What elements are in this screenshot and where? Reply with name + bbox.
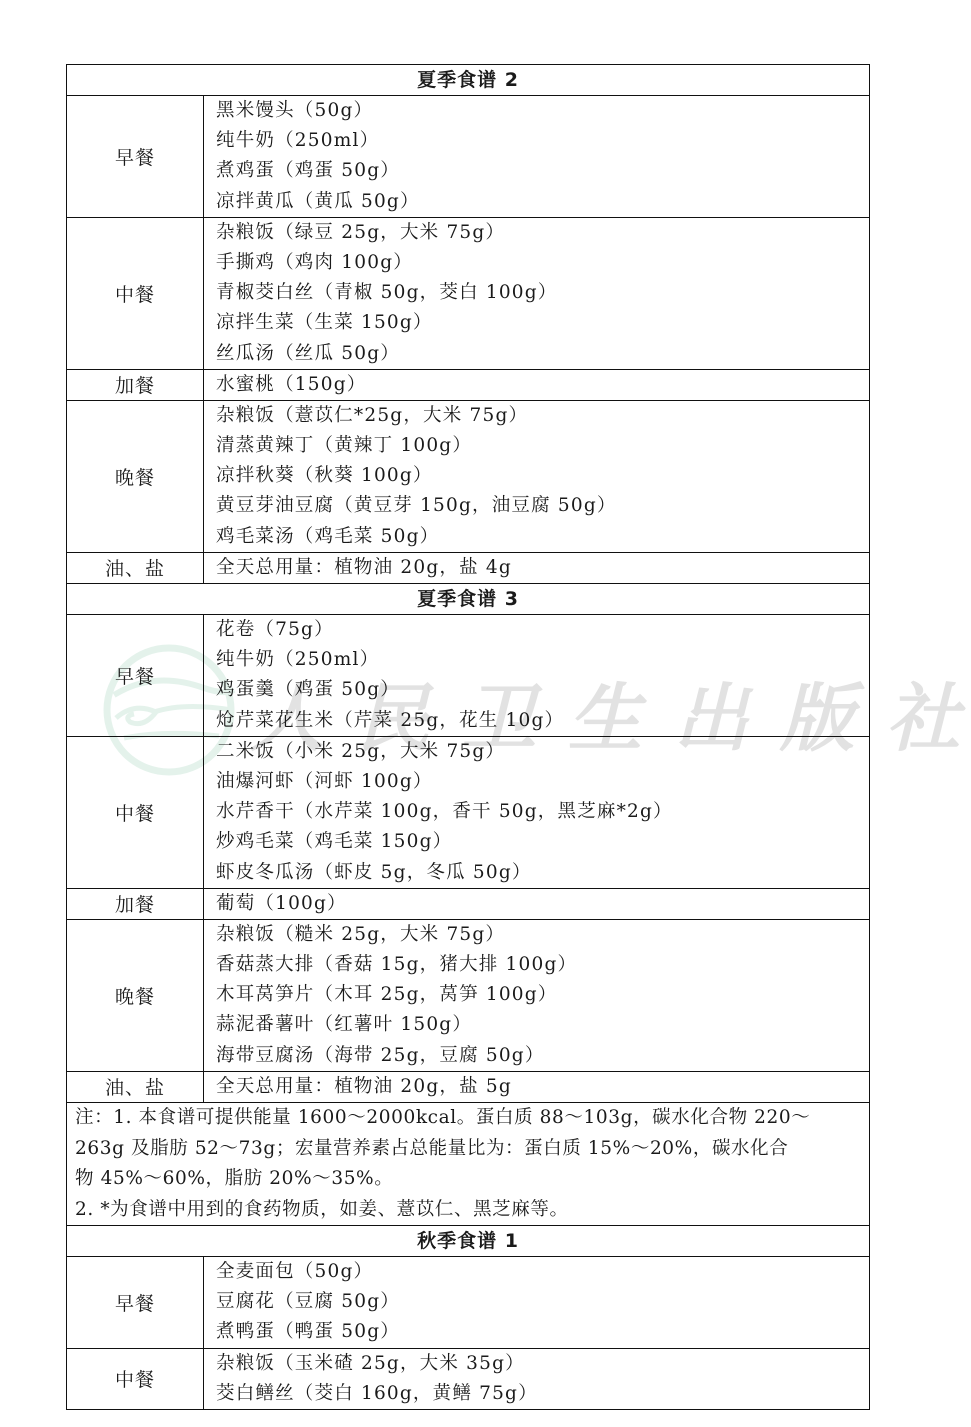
meal-row-snack: 加餐 水蜜桃（150g） xyxy=(67,369,870,400)
dish-item: 杂粮饭（糙米 25g，大米 75g） xyxy=(216,920,869,950)
recipe-table: 夏季食谱 2 早餐 黑米馒头（50g） 纯牛奶（250ml） 煮鸡蛋（鸡蛋 50… xyxy=(66,64,870,1410)
dish-item: 二米饭（小米 25g，大米 75g） xyxy=(216,737,869,767)
dish-item: 炝芹菜花生米（芹菜 25g，花生 10g） xyxy=(216,706,869,736)
note-line: 物 45%～60%，脂肪 20%～35%。 xyxy=(75,1164,861,1195)
dish-list: 全天总用量：植物油 20g，盐 5g xyxy=(204,1071,870,1102)
meal-row-oil-salt: 油、盐 全天总用量：植物油 20g，盐 4g xyxy=(67,552,870,583)
dish-item: 全天总用量：植物油 20g，盐 4g xyxy=(216,553,869,583)
dish-item: 青椒茭白丝（青椒 50g，茭白 100g） xyxy=(216,278,869,308)
dish-item: 花卷（75g） xyxy=(216,615,869,645)
meal-label: 早餐 xyxy=(67,615,204,737)
dish-item: 虾皮冬瓜汤（虾皮 5g，冬瓜 50g） xyxy=(216,858,869,888)
dish-item: 豆腐花（豆腐 50g） xyxy=(216,1287,869,1317)
dish-item: 茭白鳝丝（茭白 160g，黄鳝 75g） xyxy=(216,1379,869,1409)
meal-label: 油、盐 xyxy=(67,552,204,583)
meal-row-dinner: 晚餐 杂粮饭（薏苡仁*25g，大米 75g） 清蒸黄辣丁（黄辣丁 100g） 凉… xyxy=(67,400,870,552)
dish-item: 海带豆腐汤（海带 25g，豆腐 50g） xyxy=(216,1041,869,1071)
section-header-row: 秋季食谱 1 xyxy=(67,1226,870,1257)
dish-list: 杂粮饭（玉米碴 25g，大米 35g） 茭白鳝丝（茭白 160g，黄鳝 75g） xyxy=(204,1348,870,1409)
dish-item: 煮鸡蛋（鸡蛋 50g） xyxy=(216,156,869,186)
dish-item: 杂粮饭（薏苡仁*25g，大米 75g） xyxy=(216,401,869,431)
dish-list: 全天总用量：植物油 20g，盐 4g xyxy=(204,552,870,583)
meal-row-breakfast: 早餐 全麦面包（50g） 豆腐花（豆腐 50g） 煮鸭蛋（鸭蛋 50g） xyxy=(67,1257,870,1349)
dish-item: 纯牛奶（250ml） xyxy=(216,645,869,675)
meal-label: 中餐 xyxy=(67,1348,204,1409)
meal-label: 加餐 xyxy=(67,369,204,400)
meal-row-breakfast: 早餐 花卷（75g） 纯牛奶（250ml） 鸡蛋羹（鸡蛋 50g） 炝芹菜花生米… xyxy=(67,615,870,737)
dish-item: 凉拌生菜（生菜 150g） xyxy=(216,308,869,338)
dish-item: 杂粮饭（绿豆 25g，大米 75g） xyxy=(216,218,869,248)
note-line: 2. *为食谱中用到的食药物质，如姜、薏苡仁、黑芝麻等。 xyxy=(75,1195,861,1226)
dish-item: 黑米馒头（50g） xyxy=(216,96,869,126)
note-row: 注：1. 本食谱可提供能量 1600～2000kcal。蛋白质 88～103g，… xyxy=(67,1103,870,1226)
dish-list: 杂粮饭（薏苡仁*25g，大米 75g） 清蒸黄辣丁（黄辣丁 100g） 凉拌秋葵… xyxy=(204,400,870,552)
dish-item: 杂粮饭（玉米碴 25g，大米 35g） xyxy=(216,1349,869,1379)
meal-label: 晚餐 xyxy=(67,400,204,552)
note-line: 注：1. 本食谱可提供能量 1600～2000kcal。蛋白质 88～103g，… xyxy=(75,1103,861,1134)
dish-item: 清蒸黄辣丁（黄辣丁 100g） xyxy=(216,431,869,461)
dish-item: 水芹香干（水芹菜 100g，香干 50g，黑芝麻*2g） xyxy=(216,797,869,827)
meal-label: 早餐 xyxy=(67,1257,204,1349)
meal-label: 油、盐 xyxy=(67,1071,204,1102)
meal-row-lunch: 中餐 二米饭（小米 25g，大米 75g） 油爆河虾（河虾 100g） 水芹香干… xyxy=(67,736,870,888)
dish-item: 凉拌黄瓜（黄瓜 50g） xyxy=(216,187,869,217)
dish-list: 杂粮饭（糙米 25g，大米 75g） 香菇蒸大排（香菇 15g，猪大排 100g… xyxy=(204,919,870,1071)
dish-item: 木耳莴笋片（木耳 25g，莴笋 100g） xyxy=(216,980,869,1010)
dish-item: 手撕鸡（鸡肉 100g） xyxy=(216,248,869,278)
dish-item: 水蜜桃（150g） xyxy=(216,370,869,400)
dish-item: 香菇蒸大排（香菇 15g，猪大排 100g） xyxy=(216,950,869,980)
dish-list: 二米饭（小米 25g，大米 75g） 油爆河虾（河虾 100g） 水芹香干（水芹… xyxy=(204,736,870,888)
meal-label: 晚餐 xyxy=(67,919,204,1071)
dish-list: 杂粮饭（绿豆 25g，大米 75g） 手撕鸡（鸡肉 100g） 青椒茭白丝（青椒… xyxy=(204,217,870,369)
meal-label: 早餐 xyxy=(67,96,204,218)
dish-item: 全天总用量：植物油 20g，盐 5g xyxy=(216,1072,869,1102)
dish-item: 炒鸡毛菜（鸡毛菜 150g） xyxy=(216,827,869,857)
meal-row-oil-salt: 油、盐 全天总用量：植物油 20g，盐 5g xyxy=(67,1071,870,1102)
dish-list: 水蜜桃（150g） xyxy=(204,369,870,400)
meal-row-snack: 加餐 葡萄（100g） xyxy=(67,888,870,919)
dish-item: 鸡毛菜汤（鸡毛菜 50g） xyxy=(216,522,869,552)
meal-label: 中餐 xyxy=(67,217,204,369)
section-header-row: 夏季食谱 2 xyxy=(67,65,870,96)
meal-label: 中餐 xyxy=(67,736,204,888)
dish-item: 凉拌秋葵（秋葵 100g） xyxy=(216,461,869,491)
dish-list: 黑米馒头（50g） 纯牛奶（250ml） 煮鸡蛋（鸡蛋 50g） 凉拌黄瓜（黄瓜… xyxy=(204,96,870,218)
dish-item: 葡萄（100g） xyxy=(216,889,869,919)
section-header-row: 夏季食谱 3 xyxy=(67,584,870,615)
menu-document: 夏季食谱 2 早餐 黑米馒头（50g） 纯牛奶（250ml） 煮鸡蛋（鸡蛋 50… xyxy=(66,64,869,1410)
dish-item: 纯牛奶（250ml） xyxy=(216,126,869,156)
section-title: 秋季食谱 1 xyxy=(67,1226,870,1257)
dish-item: 全麦面包（50g） xyxy=(216,1257,869,1287)
dish-item: 鸡蛋羹（鸡蛋 50g） xyxy=(216,675,869,705)
dish-list: 全麦面包（50g） 豆腐花（豆腐 50g） 煮鸭蛋（鸭蛋 50g） xyxy=(204,1257,870,1349)
dish-list: 花卷（75g） 纯牛奶（250ml） 鸡蛋羹（鸡蛋 50g） 炝芹菜花生米（芹菜… xyxy=(204,615,870,737)
meal-row-breakfast: 早餐 黑米馒头（50g） 纯牛奶（250ml） 煮鸡蛋（鸡蛋 50g） 凉拌黄瓜… xyxy=(67,96,870,218)
meal-row-lunch: 中餐 杂粮饭（玉米碴 25g，大米 35g） 茭白鳝丝（茭白 160g，黄鳝 7… xyxy=(67,1348,870,1409)
section-title: 夏季食谱 2 xyxy=(67,65,870,96)
dish-item: 油爆河虾（河虾 100g） xyxy=(216,767,869,797)
nutrition-note: 注：1. 本食谱可提供能量 1600～2000kcal。蛋白质 88～103g，… xyxy=(67,1103,870,1226)
meal-row-dinner: 晚餐 杂粮饭（糙米 25g，大米 75g） 香菇蒸大排（香菇 15g，猪大排 1… xyxy=(67,919,870,1071)
dish-item: 蒜泥番薯叶（红薯叶 150g） xyxy=(216,1010,869,1040)
section-title: 夏季食谱 3 xyxy=(67,584,870,615)
dish-item: 黄豆芽油豆腐（黄豆芽 150g，油豆腐 50g） xyxy=(216,491,869,521)
note-line: 263g 及脂肪 52～73g；宏量营养素占总能量比为：蛋白质 15%～20%，… xyxy=(75,1134,861,1165)
dish-item: 煮鸭蛋（鸭蛋 50g） xyxy=(216,1317,869,1347)
dish-list: 葡萄（100g） xyxy=(204,888,870,919)
meal-label: 加餐 xyxy=(67,888,204,919)
meal-row-lunch: 中餐 杂粮饭（绿豆 25g，大米 75g） 手撕鸡（鸡肉 100g） 青椒茭白丝… xyxy=(67,217,870,369)
dish-item: 丝瓜汤（丝瓜 50g） xyxy=(216,339,869,369)
